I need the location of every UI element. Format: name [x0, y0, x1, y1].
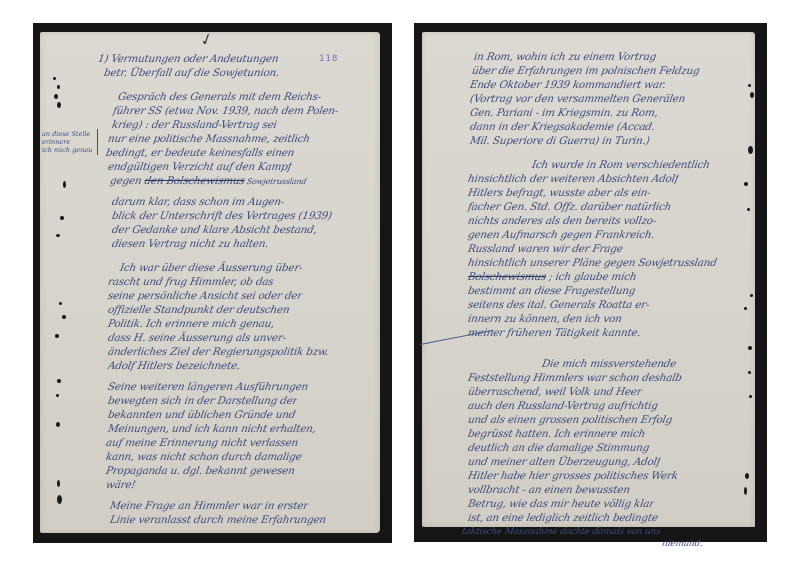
punch-hole — [745, 473, 749, 479]
handwritten-line: der Gedanke und klare Absicht bestand, — [111, 223, 318, 237]
handwritten-line: meiner früheren Tätigkeit kannte. — [467, 326, 642, 340]
handwritten-line: Meinungen, und ich kann nicht erhalten, — [107, 422, 317, 436]
page-number-stamp: 118 — [319, 54, 338, 64]
handwritten-line: Adolf Hitlers bezeichnete. — [107, 359, 242, 373]
handwritten-line: facher Gen. Std. Offz. darüber natürlich — [467, 200, 672, 214]
punch-hole — [57, 102, 61, 108]
punch-hole — [750, 92, 754, 98]
handwritten-line: rascht und frug Himmler, ob das — [107, 275, 275, 289]
word: ; ich glaube mich — [545, 271, 637, 283]
punch-hole — [744, 182, 748, 186]
punch-hole — [57, 379, 61, 383]
handwritten-line: Betrug, wie das mir heute völlig klar — [467, 497, 656, 511]
handwritten-line: begrüsst hatten. Ich erinnere mich — [467, 427, 647, 441]
handwritten-line: diesen Vertrag nicht zu halten. — [111, 237, 270, 251]
handwritten-line: gegen den Bolschewismus Sowjetrussland — [109, 174, 308, 189]
punch-hole — [748, 371, 751, 374]
handwritten-line: Mil. Superiore di Guerra) in Turin.) — [469, 134, 651, 148]
handwritten-line: wäre! — [105, 478, 137, 492]
handwritten-line: Die mich missverstehende — [541, 357, 678, 371]
margin-note-line: ich mich genau — [42, 146, 92, 154]
handwritten-line: nichts anderes als den bereits vollzo- — [467, 214, 658, 228]
handwritten-line: ist, an eine lediglich zeitlich bedingte — [467, 511, 659, 525]
handwritten-line: niemand. — [661, 537, 704, 551]
handwritten-line: auf meine Erinnerung nicht verlassen — [105, 436, 300, 450]
handwritten-line: taktische Massnahme dachte damals von un… — [461, 525, 662, 539]
handwritten-line: änderliches Ziel der Regierungspolitik b… — [107, 345, 330, 359]
handwritten-line: vollbracht - an einen bewussten — [467, 483, 631, 497]
handwritten-line: nur eine politische Massnahme, zeitlich — [107, 132, 311, 146]
handwritten-line: darum klar, dass schon im Augen- — [111, 195, 286, 209]
margin-note-line: an diese Stelle — [42, 130, 92, 138]
handwritten-line: führer SS (etwa Nov. 1939, nach dem Pole… — [112, 104, 340, 118]
inserted-text: Sowjetrussland — [246, 177, 307, 186]
punch-hole — [56, 394, 59, 397]
checkmark-icon: ✓ — [197, 28, 216, 50]
left-page-frame: ✓ 118 an diese Stelle erinnere ich mich … — [33, 23, 392, 543]
handwritten-line: überraschend, weil Volk und Heer — [467, 385, 643, 399]
handwritten-line: genen Aufmarsch gegen Frankreich. — [467, 228, 656, 242]
handwritten-line: in Rom, wohin ich zu einem Vortrag — [473, 50, 658, 64]
punch-hole — [748, 146, 753, 154]
handwritten-line: kann, was nicht schon durch damalige — [105, 450, 303, 464]
handwritten-line: und meiner alten Überzeugung, Adolf — [467, 455, 662, 469]
handwritten-line: offizielle Standpunkt der deutschen — [107, 303, 291, 317]
punch-hole — [748, 346, 752, 350]
right-page-frame: in Rom, wohin ich zu einem Vortrag über … — [414, 23, 767, 542]
handwritten-line: 1) Vermutungen oder Andeutungen — [97, 52, 280, 66]
punch-hole — [55, 334, 59, 338]
handwritten-line: deutlich an die damalige Stimmung — [467, 441, 651, 455]
punch-hole — [748, 84, 751, 87]
punch-hole — [56, 234, 60, 237]
punch-hole — [62, 315, 66, 319]
handwritten-line: Hitler habe hier grosses politisches Wer… — [467, 469, 679, 483]
handwritten-line: Hitlers befragt, wusste aber als ein- — [467, 186, 652, 200]
handwritten-line: innern zu können, den ich von — [467, 312, 623, 326]
punch-hole — [747, 208, 750, 211]
handwritten-line: bewegten sich in der Darstellung der — [107, 394, 299, 408]
struck-text: Bolschewismus — [467, 271, 547, 283]
handwritten-line: Meine Frage an Himmler war in erster — [109, 499, 309, 513]
handwritten-line: Propaganda u. dgl. bekannt gewesen — [105, 464, 296, 478]
punch-hole — [749, 395, 752, 398]
handwritten-line: hinsichtlich der weiteren Absichten Adol… — [467, 172, 680, 186]
handwritten-line: Seine weiteren längeren Ausführungen — [107, 380, 310, 394]
handwritten-line: bedingt, er bedeute keinesfalls einen — [105, 146, 296, 160]
punch-hole — [750, 294, 753, 297]
handwritten-line: bekannten und üblichen Gründe und — [107, 408, 297, 422]
handwritten-line: blick der Unterschrift des Vertrages (19… — [111, 209, 333, 223]
handwritten-line: endgültigen Verzicht auf den Kampf — [107, 160, 293, 174]
handwritten-line: und als einen grossen politischen Erfolg — [467, 413, 674, 427]
punch-hole — [54, 94, 58, 99]
left-page-paper: ✓ 118 an diese Stelle erinnere ich mich … — [40, 32, 380, 533]
struck-text: den Bolschewismus — [143, 175, 245, 187]
handwritten-line: (Vortrag vor den versammelten Generälen — [469, 92, 687, 106]
handwritten-line: Feststellung Himmlers war schon deshalb — [467, 371, 683, 385]
handwritten-line: Ende Oktober 1939 kommandiert war. — [469, 78, 667, 92]
margin-bracket — [97, 129, 98, 155]
handwritten-line: über die Erfahrungen im polnischen Feldz… — [471, 64, 701, 78]
handwritten-line: bestimmt an diese Fragestellung — [467, 284, 637, 298]
handwritten-line: Gen. Pariani - im Kriegsmin. zu Rom, — [469, 106, 659, 120]
handwritten-line: Russland waren wir der Frage — [467, 242, 624, 256]
handwritten-line: seitens des ital. Generals Roatta er- — [467, 298, 651, 312]
handwritten-line: Ich wurde in Rom verschiedentlich — [531, 158, 711, 172]
handwritten-line: seine persönliche Ansicht sei oder der — [107, 289, 304, 303]
word: gegen — [109, 175, 146, 187]
handwritten-line: Ich war über diese Äusserung über- — [119, 261, 304, 275]
handwritten-line: Politik. Ich erinnere mich genau, — [107, 317, 276, 331]
handwritten-line: krieg) : der Russland-Vertrag sei — [111, 118, 278, 132]
handwritten-line: Linie veranlasst durch meine Erfahrungen — [109, 513, 327, 527]
margin-note: an diese Stelle erinnere ich mich genau — [42, 130, 92, 154]
punch-hole — [63, 181, 66, 188]
margin-note-line: erinnere — [42, 138, 92, 146]
handwritten-line: hinsichtlich unserer Pläne gegen Sowjetr… — [467, 256, 718, 270]
punch-hole — [57, 85, 60, 89]
handwritten-line: dass H. seine Äusserung als unver- — [107, 331, 287, 345]
handwritten-line: auch den Russland-Vertrag aufrichtig — [467, 399, 659, 413]
punch-hole — [744, 487, 747, 495]
handwritten-line: Gespräch des Generals mit dem Reichs- — [117, 90, 323, 104]
punch-hole — [56, 422, 60, 427]
handwritten-line: Bolschewismus ; ich glaube mich — [467, 270, 638, 284]
punch-hole — [60, 216, 64, 220]
punch-hole — [59, 302, 62, 305]
punch-hole — [53, 77, 56, 80]
punch-hole — [57, 495, 62, 504]
handwritten-line: dann in der Kriegsakademie (Accad. — [469, 120, 656, 134]
right-page-paper: in Rom, wohin ich zu einem Vortrag über … — [422, 32, 755, 527]
punch-hole — [57, 480, 60, 487]
punch-hole — [744, 307, 747, 310]
handwritten-line: betr. Überfall auf die Sowjetunion. — [103, 66, 281, 80]
